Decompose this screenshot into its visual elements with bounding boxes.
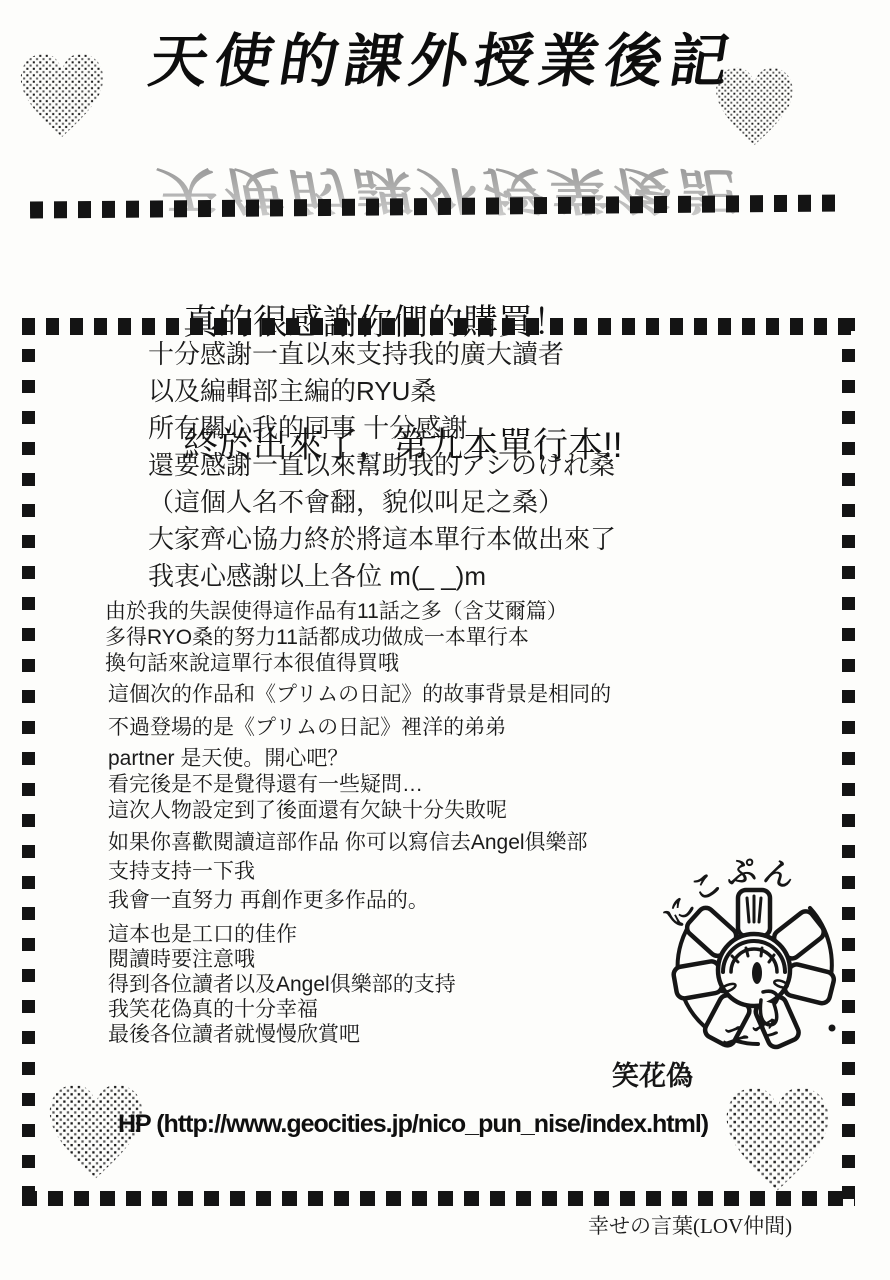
text-line: 換句話來說這單行本很值得買哦 (105, 651, 820, 677)
frame-right-border (842, 318, 855, 1206)
page-title: 天使的課外授業後記 (145, 30, 755, 94)
text-line: （這個人名不會翻，貌似叫足之桑） (148, 484, 820, 521)
text-line: 十分感謝一直以來支持我的廣大讀者 (148, 336, 820, 373)
text-line: 以及編輯部主編的RYU桑 (148, 373, 820, 410)
text-line: 所有關心我的同事 十分感謝 (148, 410, 820, 447)
text-line: 這次人物設定到了後面還有欠缺十分失敗呢 (108, 798, 820, 824)
text-line: 這個次的作品和《プリムの日記》的故事背景是相同的 (108, 682, 820, 708)
text-line: 還要感謝一直以來幫助我的アシのけれ桑 (148, 447, 820, 484)
paragraph-thanks: 十分感謝一直以來支持我的廣大讀者 以及編輯部主編的RYU桑 所有關心我的同事 十… (148, 336, 820, 595)
text-line: 如果你喜歡閱讀這部作品 你可以寫信去Angel俱樂部 (108, 828, 820, 857)
text-line: 由於我的失誤使得這作品有11話之多（含艾爾篇） (105, 599, 820, 625)
author-signature: 笑花偽 (612, 1054, 693, 1093)
doodle-label-top: にこぷん (660, 856, 801, 934)
paragraph-background: 這個次的作品和《プリムの日記》的故事背景是相同的 (108, 682, 820, 708)
paragraph-mistake: 由於我的失誤使得這作品有11話之多（含艾爾篇） 多得RYO桑的努力11話都成功做… (105, 599, 820, 677)
text-line: 不過登場的是《プリムの日記》裡洋的弟弟 (108, 715, 820, 741)
text-line: 看完後是不是覺得還有一些疑問… (108, 772, 820, 798)
text-line: 我衷心感謝以上各位 m(_ _)m (148, 558, 820, 595)
paragraph-partner: partner 是天使。開心吧？ 看完後是不是覺得還有一些疑問… 這次人物設定到… (108, 746, 820, 824)
heart-icon (13, 44, 111, 146)
title-stack: 天使的課外授業後記 天使的課外授業後記 (150, 30, 750, 94)
afterword-page: 天使的課外授業後記 天使的課外授業後記 真的很感謝你們的購買！ 終於出來了，第九… (0, 0, 890, 1280)
bottom-caption: 幸せの言葉(LOV仲間) (588, 1210, 792, 1240)
svg-text:にこぷん: にこぷん (660, 856, 801, 934)
paragraph-characters: 不過登場的是《プリムの日記》裡洋的弟弟 (108, 715, 820, 741)
frame-left-border (22, 318, 35, 1206)
homepage-url: HP (http://www.geocities.jp/nico_pun_nis… (118, 1110, 708, 1139)
text-line: partner 是天使。開心吧？ (108, 746, 820, 772)
heart-icon (709, 54, 800, 158)
frame-bottom-border (22, 1191, 855, 1206)
heart-icon (717, 1078, 838, 1199)
text-line: 多得RYO桑的努力11話都成功做成一本單行本 (105, 625, 820, 651)
flower-mascot-doodle-icon: にこぷん ニセ (660, 856, 866, 1056)
text-line: 大家齊心協力終於將這本單行本做出來了 (148, 521, 820, 558)
